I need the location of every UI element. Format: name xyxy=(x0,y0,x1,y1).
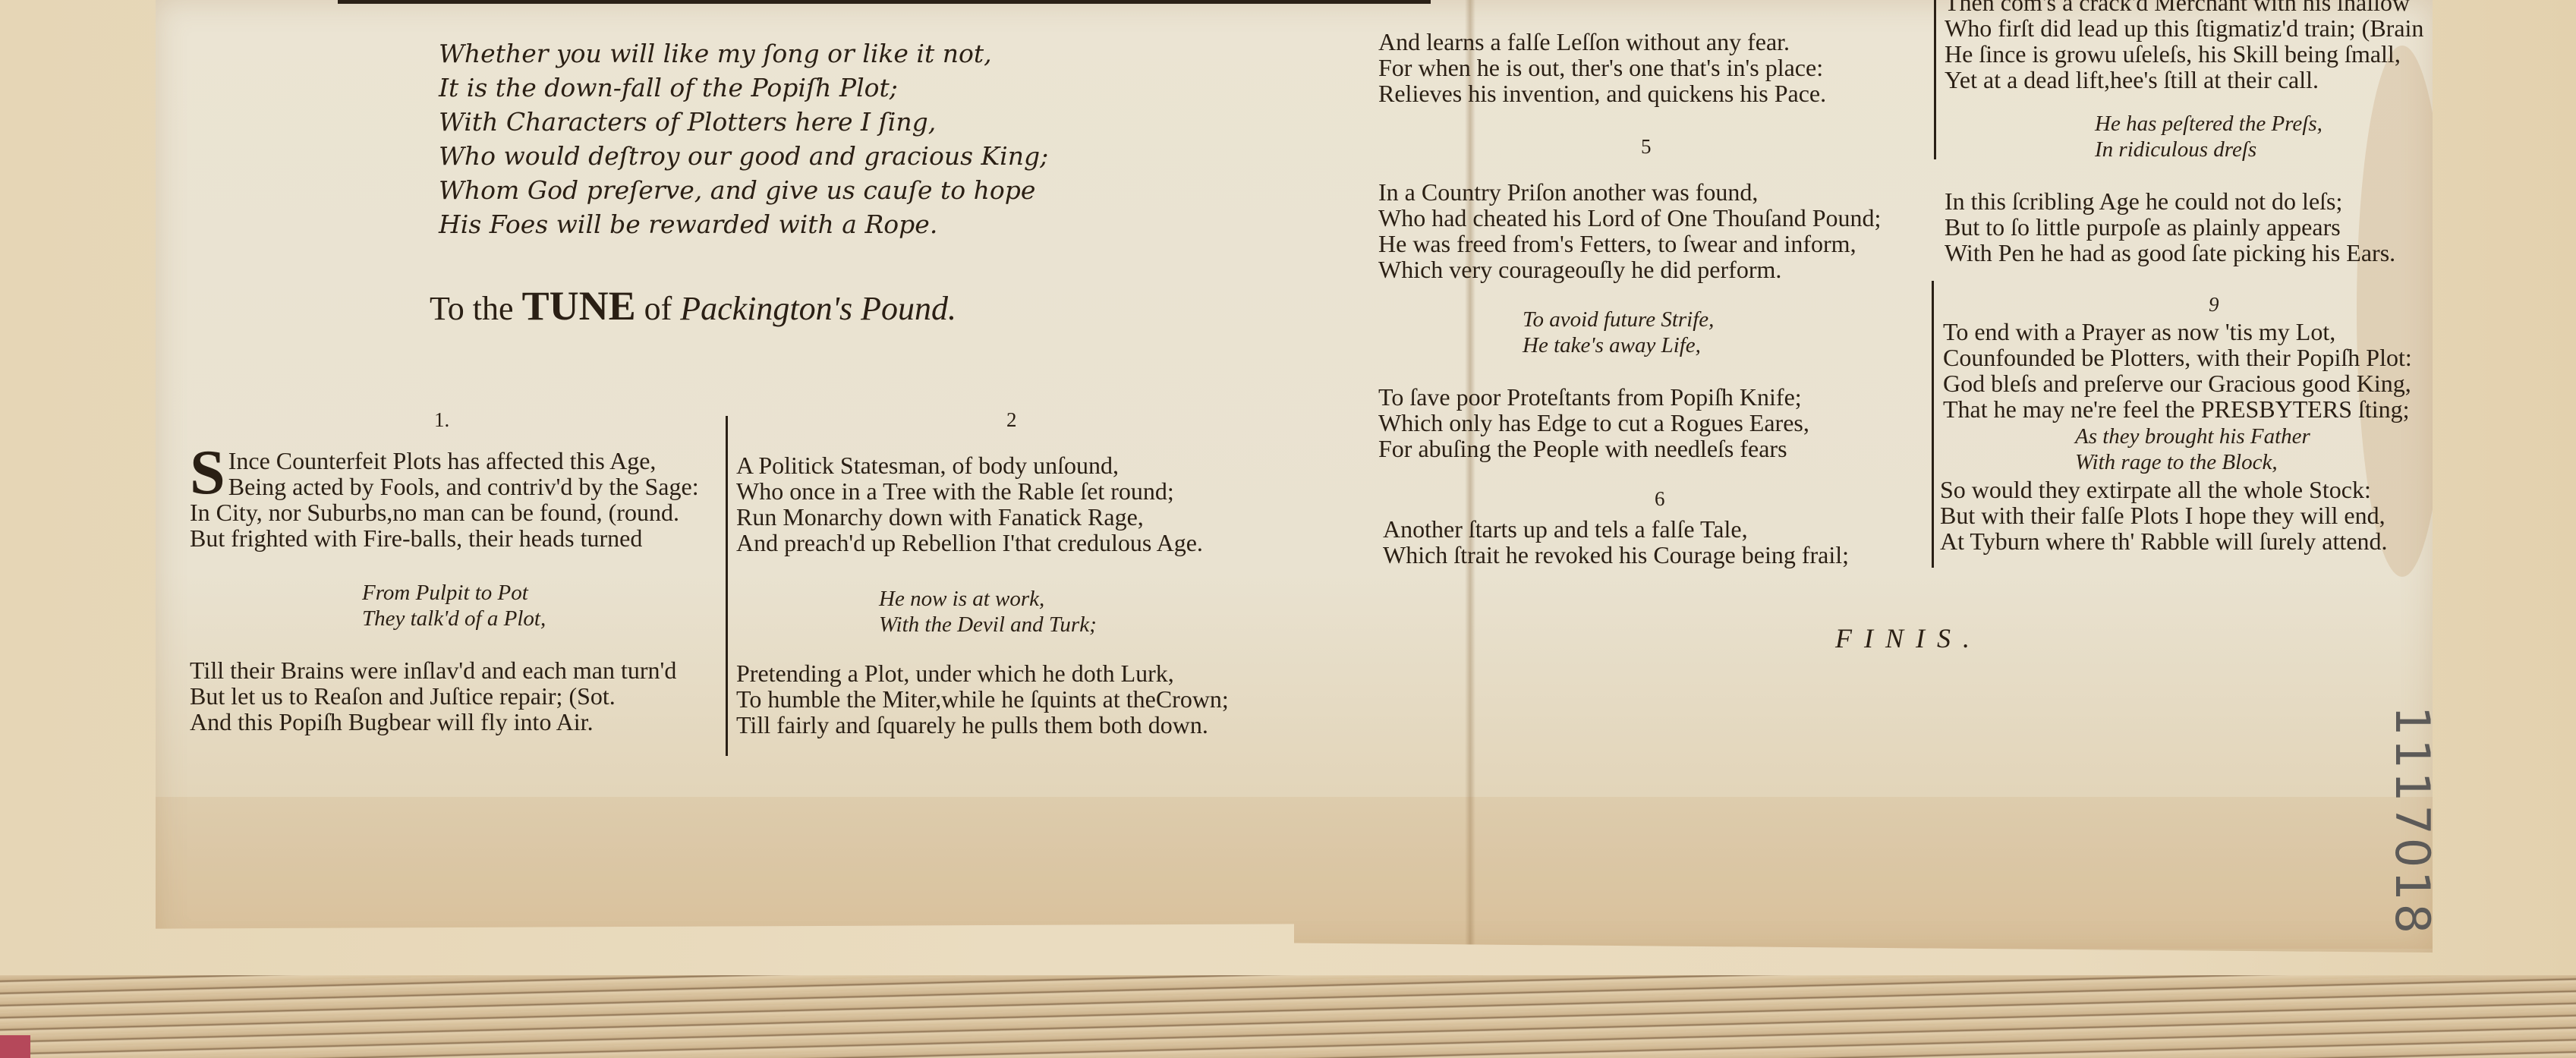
refrain-line: To avoid future Strife, xyxy=(1523,307,1714,332)
verse-line: Who once in a Tree with the Rable ſet ro… xyxy=(736,478,1203,504)
verse-line: Who firſt did lead up this ſtigmatiz'd t… xyxy=(1945,15,2423,41)
verse-line: In a Country Priſon another was found, xyxy=(1378,179,1881,205)
verse-line: With Pen he had as good ſate picking his… xyxy=(1945,240,2395,266)
verse-line: For when he is out, ther's one that's in… xyxy=(1378,55,1826,80)
tune-name: Packington's Pound. xyxy=(680,290,956,327)
stanza-number: 2 xyxy=(1006,408,1017,432)
verse-line: Till their Brains were inſlav'd and each… xyxy=(190,657,676,683)
tune-heading: To the TUNE of Packington's Pound. xyxy=(430,282,956,329)
stanza-2-closing: Pretending a Plot, under which he doth L… xyxy=(736,660,1229,738)
refrain-line: As they brought his Father xyxy=(2075,424,2310,449)
pencil-shelfmark-annotation: 1117018 xyxy=(2385,706,2440,937)
verse-line: God bleſs and preſerve our Gracious good… xyxy=(1943,370,2412,396)
stanza-number: 9 xyxy=(2209,293,2219,316)
top-border-rule xyxy=(338,0,1431,4)
intro-line: With Characters of Plotters here I ſing, xyxy=(439,105,1048,139)
intro-line: It is the down-fall of the Popiſh Plot; xyxy=(439,71,1048,105)
stanza-1-closing: Till their Brains were inſlav'd and each… xyxy=(190,657,676,735)
verse-line: Then com's a crack'd Merchant with his ſ… xyxy=(1945,0,2423,15)
verse-line: To ſave poor Proteſtants from Popiſh Kni… xyxy=(1378,384,1809,410)
stanza-5-refrain: To avoid future Strife, He take's away L… xyxy=(1523,307,1714,358)
verse-line: And preach'd up Rebellion I'that credulo… xyxy=(736,530,1203,556)
verse-line: Which ſtrait he revoked his Courage bein… xyxy=(1383,542,1849,568)
verse-line: Till fairly and ſquarely he pulls them b… xyxy=(736,712,1229,738)
refrain-line: He has peſtered the Preſs, xyxy=(2095,111,2322,137)
intro-line: Whom God preſerve, and give us cauſe to … xyxy=(439,173,1048,207)
stanza-1-refrain: From Pulpit to Pot They talk'd of a Plot… xyxy=(362,580,546,631)
verse-line: Ince Counterfeit Plots has affected this… xyxy=(190,448,713,474)
stanza-5: In a Country Priſon another was found, W… xyxy=(1378,179,1881,282)
verse-line: For abuſing the People with needleſs fea… xyxy=(1378,436,1809,461)
stanza-8-refrain: He has peſtered the Preſs, In ridiculous… xyxy=(2095,111,2322,162)
verse-line: At Tyburn where th' Rabble will ſurely a… xyxy=(1940,528,2387,554)
stanza-2: A Politick Statesman, of body unſound, W… xyxy=(736,452,1203,556)
verse-line: Run Monarchy down with Fanatick Rage, xyxy=(736,504,1203,530)
verse-line: Being acted by Fools, and contriv'd by t… xyxy=(190,474,713,499)
book-page-edges xyxy=(0,975,2576,1058)
stanza-9-closing: So would they extirpate all the whole St… xyxy=(1940,477,2387,554)
intro-line: Who would deſtroy our good and gracious … xyxy=(439,139,1048,173)
verse-line: To end with a Prayer as now 'tis my Lot, xyxy=(1943,319,2412,345)
refrain-line: They talk'd of a Plot, xyxy=(362,606,546,631)
stanza-1: S Ince Counterfeit Plots has affected th… xyxy=(190,448,713,551)
verse-line: Yet at a dead lift,hee's ſtill at their … xyxy=(1945,67,2423,93)
verse-line: In this ſcribling Age he could not do le… xyxy=(1945,188,2395,214)
refrain-line: From Pulpit to Pot xyxy=(362,580,546,606)
stanza-5-closing: To ſave poor Proteſtants from Popiſh Kni… xyxy=(1378,384,1809,461)
water-stain xyxy=(156,797,2433,949)
stanza-number: 6 xyxy=(1655,487,1665,511)
verse-line: Another ſtarts up and tels a falſe Tale, xyxy=(1383,516,1849,542)
drop-cap: S xyxy=(190,448,225,498)
verse-line: Who had cheated his Lord of One Thouſand… xyxy=(1378,205,1881,231)
stanza-number: 5 xyxy=(1641,135,1652,159)
stanza-4-tail: And learns a falſe Leſſon without any fe… xyxy=(1378,29,1826,106)
refrain-line: He now is at work, xyxy=(879,586,1097,612)
refrain-line: With rage to the Block, xyxy=(2075,449,2310,475)
verse-line: Which very courageouſly he did perform. xyxy=(1378,257,1881,282)
column-rule xyxy=(726,416,728,756)
intro-verse: Whether you will like my ſong or like it… xyxy=(439,36,1048,241)
tune-of: of xyxy=(644,290,672,327)
column-rule xyxy=(1932,281,1934,568)
verse-line: Which only has Edge to cut a Rogues Eare… xyxy=(1378,410,1809,436)
verse-line: He was freed from's Fetters, to ſwear an… xyxy=(1378,231,1881,257)
verse-line: That he may ne're feel the PRESBYTERS ſt… xyxy=(1943,396,2412,422)
verse-line: And learns a falſe Leſſon without any fe… xyxy=(1378,29,1826,55)
verse-line: He ſince is growu uſeleſs, his Skill bei… xyxy=(1945,41,2423,67)
refrain-line: He take's away Life, xyxy=(1523,332,1714,358)
verse-line: But frighted with Fire-balls, their head… xyxy=(190,525,713,551)
finis-colophon: FINIS. xyxy=(1835,622,1982,654)
verse-line: Relieves his invention, and quickens his… xyxy=(1378,80,1826,106)
stanza-8-closing: In this ſcribling Age he could not do le… xyxy=(1945,188,2395,266)
stanza-6: Another ſtarts up and tels a falſe Tale,… xyxy=(1383,516,1849,568)
verse-line: But with their falſe Plots I hope they w… xyxy=(1940,502,2387,528)
intro-line: His Foes will be rewarded with a Rope. xyxy=(439,207,1048,241)
verse-line: So would they extirpate all the whole St… xyxy=(1940,477,2387,502)
stanza-9: To end with a Prayer as now 'tis my Lot,… xyxy=(1943,319,2412,422)
tune-prefix: To the xyxy=(430,290,514,327)
verse-line: Pretending a Plot, under which he doth L… xyxy=(736,660,1229,686)
verse-line: A Politick Statesman, of body unſound, xyxy=(736,452,1203,478)
verse-line: And this Popiſh Bugbear will fly into Ai… xyxy=(190,709,676,735)
stanza-9-refrain: As they brought his Father With rage to … xyxy=(2075,424,2310,475)
tune-word: TUNE xyxy=(522,283,636,329)
intro-line: Whether you will like my ſong or like it… xyxy=(439,36,1048,71)
verse-line: Counfounded be Plotters, with their Popi… xyxy=(1943,345,2412,370)
column-rule xyxy=(1934,0,1936,159)
verse-line: In City, nor Suburbs,no man can be found… xyxy=(190,499,713,525)
verse-line: But to ſo little purpoſe as plainly appe… xyxy=(1945,214,2395,240)
refrain-line: In ridiculous dreſs xyxy=(2095,137,2322,162)
stanza-number: 1. xyxy=(434,408,449,432)
refrain-line: With the Devil and Turk; xyxy=(879,612,1097,638)
verse-line: But let us to Reaſon and Juſtice repair;… xyxy=(190,683,676,709)
stanza-8: Then com's a crack'd Merchant with his ſ… xyxy=(1945,0,2423,93)
stanza-2-refrain: He now is at work, With the Devil and Tu… xyxy=(879,586,1097,638)
verse-line: To humble the Miter,while he ſquints at … xyxy=(736,686,1229,712)
